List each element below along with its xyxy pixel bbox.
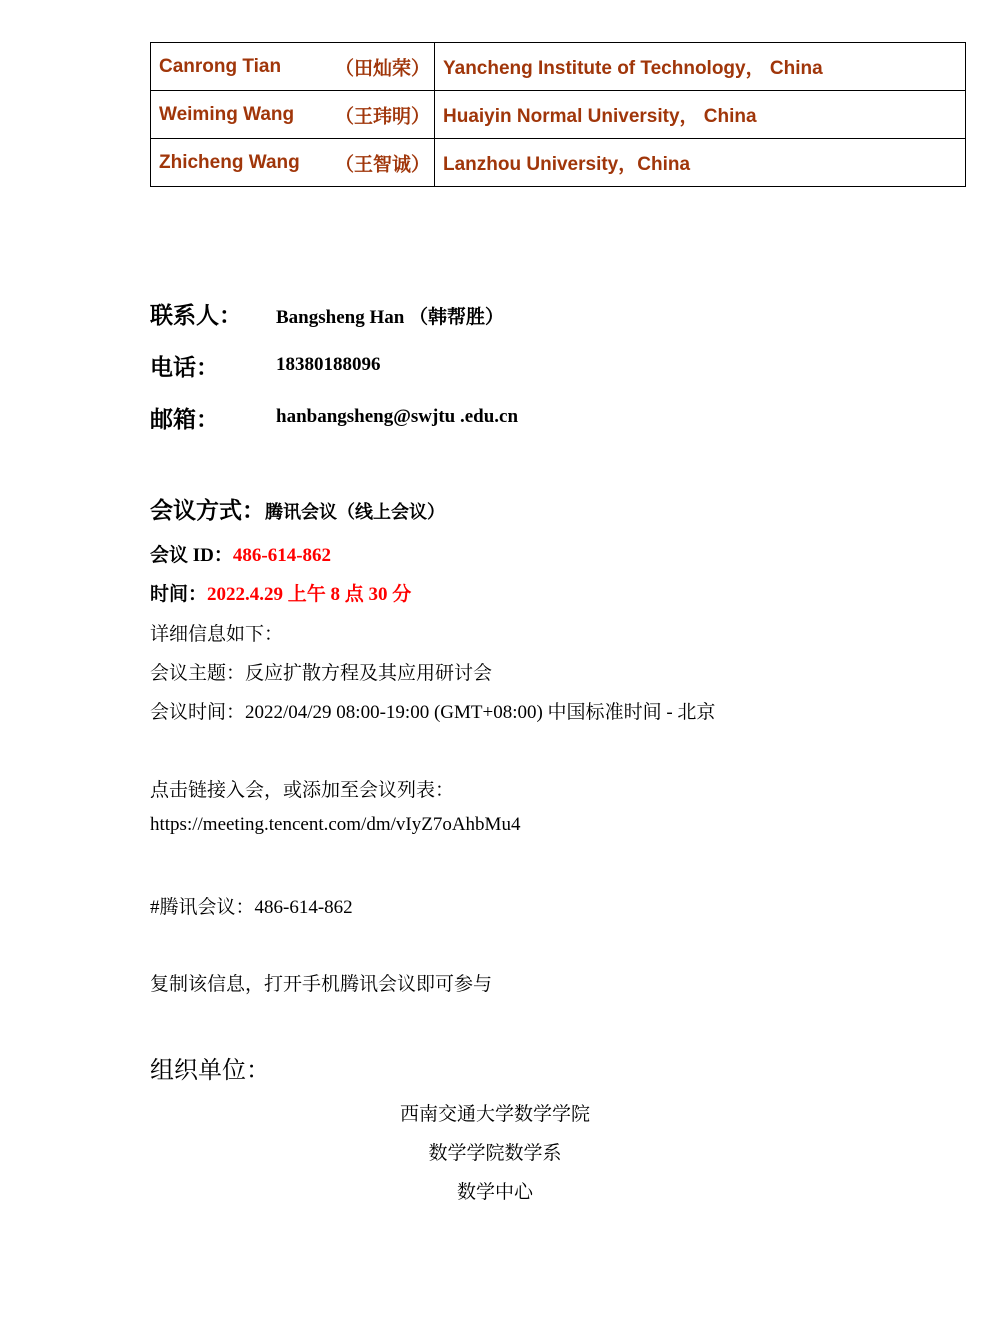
speaker-affiliation: Lanzhou University，China (435, 139, 966, 187)
speaker-name-cell: Canrong Tian （田灿荣） (151, 43, 435, 91)
table-row: Canrong Tian （田灿荣） Yancheng Institute of… (151, 43, 966, 91)
organizer-item: 数学学院数学系 (150, 1138, 840, 1165)
join-link[interactable]: https://meeting.tencent.com/dm/vIyZ7oAhb… (150, 814, 520, 836)
organizer-item: 数学中心 (150, 1177, 840, 1204)
meeting-mode-value: 腾讯会议（线上会议） (265, 502, 445, 523)
meeting-time-detail: 会议时间：2022/04/29 08:00-19:00 (GMT+08:00) … (150, 697, 715, 724)
organizers-label: 组织单位： (150, 1050, 270, 1085)
speaker-name: Weiming Wang (159, 104, 294, 125)
speaker-chinese-name: （王智诚） (335, 149, 430, 176)
organizer-item: 西南交通大学数学学院 (150, 1099, 840, 1126)
meeting-mode-line: 会议方式：腾讯会议（线上会议） (150, 492, 445, 525)
tencent-meeting-id: #腾讯会议：486-614-862 (150, 892, 353, 919)
phone-value: 18380188096 (276, 354, 381, 376)
meeting-topic: 会议主题：反应扩散方程及其应用研讨会 (150, 658, 492, 685)
speaker-chinese-name: （田灿荣） (335, 53, 430, 80)
speaker-name-cell: Weiming Wang （王玮明） (151, 91, 435, 139)
table-row: Zhicheng Wang （王智诚） Lanzhou University，C… (151, 139, 966, 187)
speaker-affiliation: Yancheng Institute of Technology， China (435, 43, 966, 91)
contact-person-label: 联系人： (150, 297, 242, 330)
speaker-name: Zhicheng Wang (159, 152, 300, 173)
details-intro: 详细信息如下： (150, 619, 283, 646)
join-prompt: 点击链接入会，或添加至会议列表： (150, 775, 454, 802)
email-label: 邮箱： (150, 401, 219, 434)
meeting-id-label: 会议 ID： (150, 545, 233, 566)
meeting-time-value: 2022.4.29 上午 8 点 30 分 (207, 584, 411, 605)
meeting-time-line: 时间：2022.4.29 上午 8 点 30 分 (150, 579, 411, 606)
speaker-chinese-name: （王玮明） (335, 101, 430, 128)
phone-label: 电话： (150, 349, 219, 382)
meeting-time-label: 时间： (150, 584, 207, 605)
speaker-name-cell: Zhicheng Wang （王智诚） (151, 139, 435, 187)
table-row: Weiming Wang （王玮明） Huaiyin Normal Univer… (151, 91, 966, 139)
email-value[interactable]: hanbangsheng@swjtu .edu.cn (276, 406, 518, 428)
meeting-id-value: 486-614-862 (233, 545, 331, 566)
copy-hint: 复制该信息，打开手机腾讯会议即可参与 (150, 969, 492, 996)
contact-person-value: Bangsheng Han （韩帮胜） (276, 302, 504, 329)
speaker-affiliation: Huaiyin Normal University， China (435, 91, 966, 139)
meeting-mode-label: 会议方式： (150, 498, 265, 524)
speakers-table: Canrong Tian （田灿荣） Yancheng Institute of… (150, 42, 966, 187)
meeting-id-line: 会议 ID：486-614-862 (150, 540, 331, 567)
speaker-name: Canrong Tian (159, 56, 281, 77)
